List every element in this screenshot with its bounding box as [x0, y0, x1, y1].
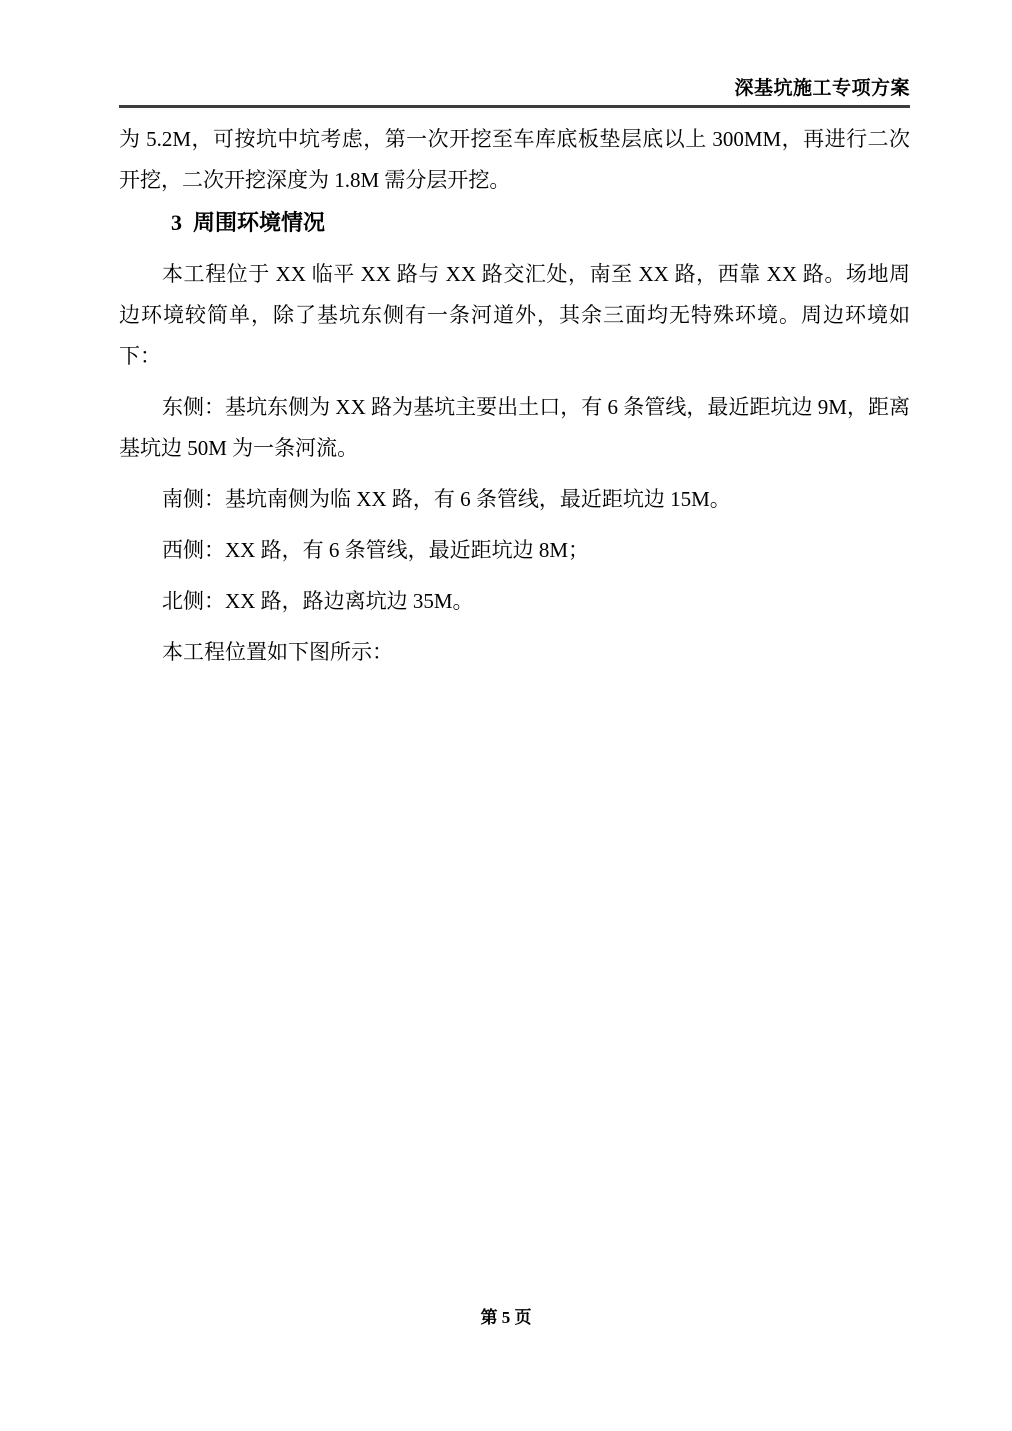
- paragraph-figure-lead-in: 本工程位置如下图所示：: [119, 632, 910, 673]
- section-heading: 3 周围环境情况: [171, 202, 910, 243]
- document-body: 为 5.2M，可按坑中坑考虑，第一次开挖至车库底板垫层底以上 300MM，再进行…: [119, 119, 910, 683]
- paragraph-north-side: 北侧：XX 路，路边离坑边 35M。: [119, 581, 910, 622]
- paragraph-south-side: 南侧：基坑南侧为临 XX 路，有 6 条管线，最近距坑边 15M。: [119, 479, 910, 520]
- header-title: 深基坑施工专项方案: [119, 76, 910, 102]
- document-page: 深基坑施工专项方案 为 5.2M，可按坑中坑考虑，第一次开挖至车库底板垫层底以上…: [0, 0, 1012, 1431]
- paragraph-west-side: 西侧：XX 路，有 6 条管线，最近距坑边 8M；: [119, 530, 910, 571]
- paragraph-intro-continuation: 为 5.2M，可按坑中坑考虑，第一次开挖至车库底板垫层底以上 300MM，再进行…: [119, 119, 910, 201]
- header-rule: [119, 105, 910, 108]
- page-header: 深基坑施工专项方案: [119, 76, 910, 108]
- paragraph-site-location: 本工程位于 XX 临平 XX 路与 XX 路交汇处，南至 XX 路，西靠 XX …: [119, 254, 910, 377]
- paragraph-east-side: 东侧：基坑东侧为 XX 路为基坑主要出土口，有 6 条管线，最近距坑边 9M，距…: [119, 387, 910, 469]
- page-footer: 第 5 页: [0, 1307, 1012, 1329]
- page-number: 第 5 页: [481, 1308, 532, 1327]
